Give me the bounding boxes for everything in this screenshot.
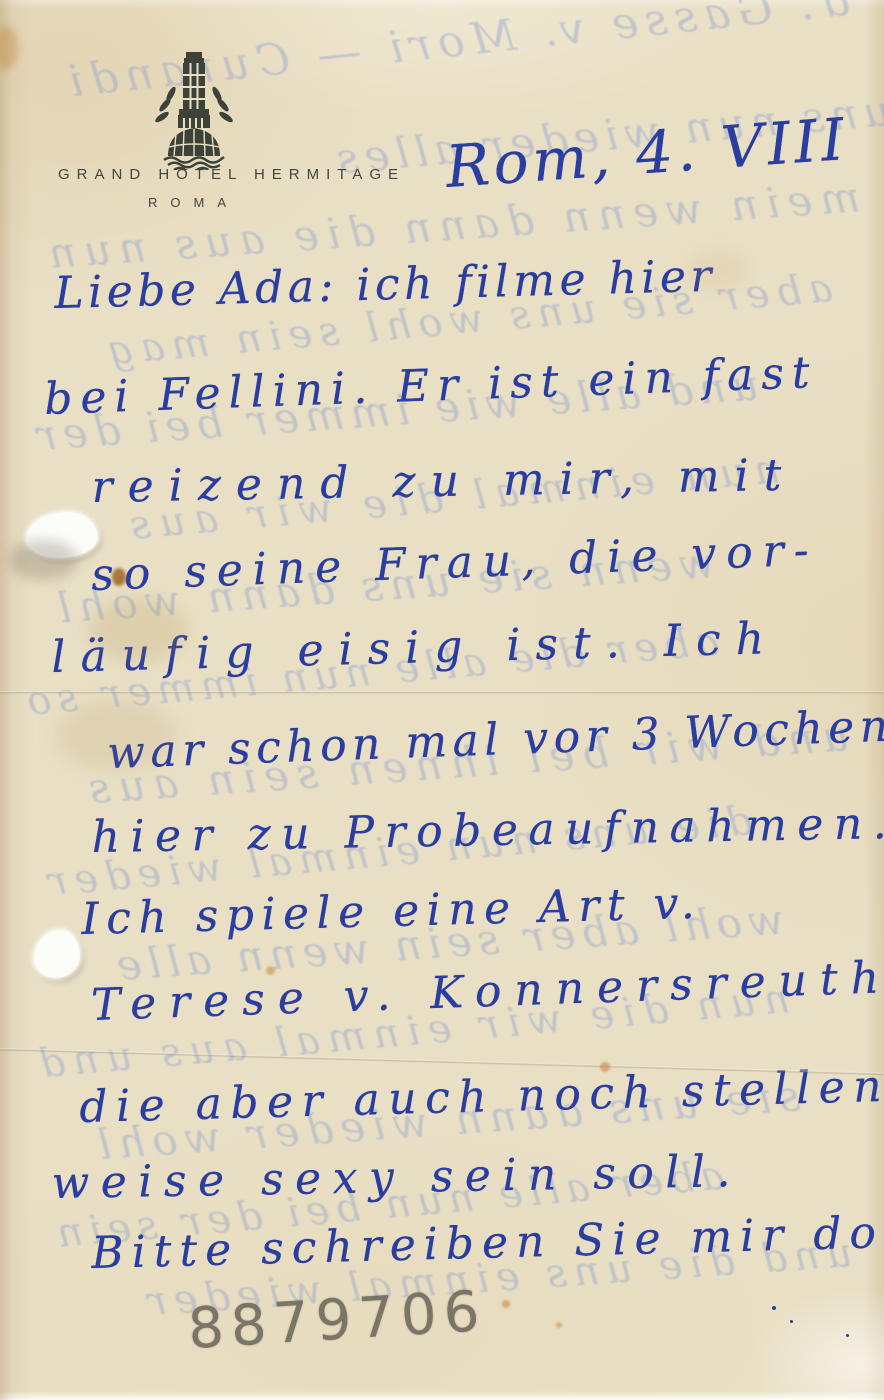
stain-mark xyxy=(112,568,126,586)
ink-speck xyxy=(772,1306,776,1310)
hole-shadow-smudge xyxy=(8,540,78,580)
handwritten-line: weise sexy sein soll. xyxy=(51,1150,742,1206)
hotel-city: ROMA xyxy=(148,195,239,210)
hotel-logo-emblem xyxy=(138,52,250,170)
fold-crease xyxy=(0,691,884,694)
stain-mark xyxy=(600,1062,610,1072)
stain-mark xyxy=(688,250,748,290)
stain-mark xyxy=(502,1300,510,1308)
hotel-name: GRAND HOTEL HERMITAGE xyxy=(58,166,405,183)
ink-speck xyxy=(846,1334,849,1337)
stain-mark xyxy=(266,966,275,975)
letter-scan: d. Gasse v. Mori — Curandi bei uns nun w… xyxy=(0,0,884,1400)
stain-mark xyxy=(556,1322,562,1328)
stain-mark xyxy=(56,700,176,770)
ink-speck xyxy=(790,1320,793,1323)
stain-mark xyxy=(88,598,188,662)
handwritten-line: reizend zu mir, mit xyxy=(91,454,796,510)
